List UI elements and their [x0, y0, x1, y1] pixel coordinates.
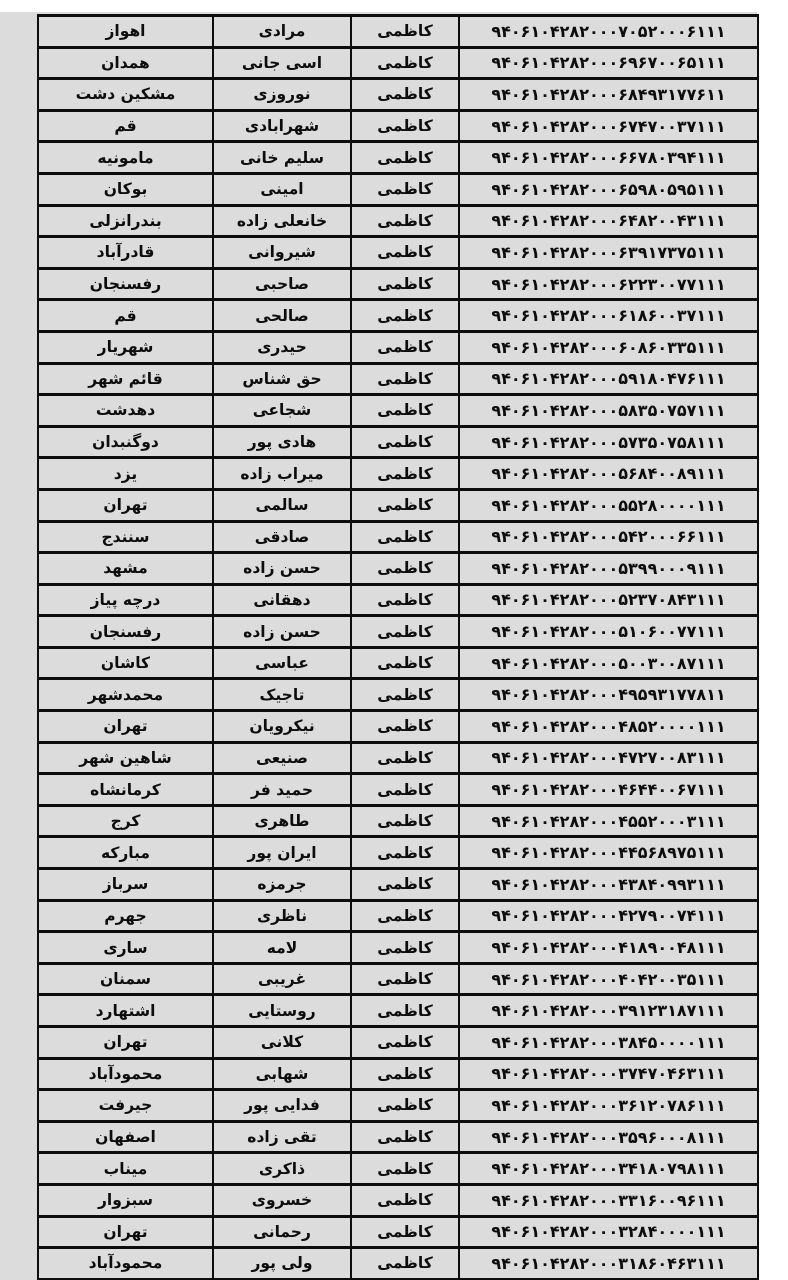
tracking-code-cell: ۹۴۰۶۱۰۴۲۸۲۰۰۰۴۵۵۲۰۰۰۳۱۱۱ — [459, 805, 758, 837]
surname-cell: جرمزه — [213, 869, 351, 901]
city-cell: سبزوار — [38, 1184, 213, 1216]
city-cell: جیرفت — [38, 1090, 213, 1122]
city-cell: مشهد — [38, 553, 213, 585]
city-cell: جهرم — [38, 900, 213, 932]
city-cell: بندرانزلی — [38, 205, 213, 237]
family-name-cell: کاظمی — [351, 616, 459, 648]
surname-cell: نیکرویان — [213, 711, 351, 743]
family-name-cell: کاظمی — [351, 774, 459, 806]
family-name-cell: کاظمی — [351, 647, 459, 679]
tracking-code-cell: ۹۴۰۶۱۰۴۲۸۲۰۰۰۶۹۶۷۰۰۶۵۱۱۱ — [459, 47, 758, 79]
tracking-code-cell: ۹۴۰۶۱۰۴۲۸۲۰۰۰۵۶۸۴۰۰۸۹۱۱۱ — [459, 458, 758, 490]
tracking-code-cell: ۹۴۰۶۱۰۴۲۸۲۰۰۰۴۲۷۹۰۰۷۴۱۱۱ — [459, 900, 758, 932]
family-name-cell: کاظمی — [351, 711, 459, 743]
surname-cell: کلانی — [213, 1027, 351, 1059]
family-name-cell: کاظمی — [351, 110, 459, 142]
surname-cell: حمید فر — [213, 774, 351, 806]
city-cell: تهران — [38, 1216, 213, 1248]
city-cell: قم — [38, 300, 213, 332]
table-row: ۹۴۰۶۱۰۴۲۸۲۰۰۰۵۹۱۸۰۴۷۶۱۱۱کاظمیحق شناسقائم… — [38, 363, 758, 395]
tracking-code-cell: ۹۴۰۶۱۰۴۲۸۲۰۰۰۳۹۱۲۳۱۸۷۱۱۱ — [459, 995, 758, 1027]
tracking-code-cell: ۹۴۰۶۱۰۴۲۸۲۰۰۰۴۸۵۲۰۰۰۰۱۱۱ — [459, 711, 758, 743]
surname-cell: صالحی — [213, 300, 351, 332]
family-name-cell: کاظمی — [351, 268, 459, 300]
surname-cell: شهابی — [213, 1058, 351, 1090]
surname-cell: عباسی — [213, 647, 351, 679]
records-tbody: ۹۴۰۶۱۰۴۲۸۲۰۰۰۷۰۵۲۰۰۰۶۱۱۱کاظمیمرادیاهواز۹… — [38, 16, 758, 1280]
tracking-code-cell: ۹۴۰۶۱۰۴۲۸۲۰۰۰۷۰۵۲۰۰۰۶۱۱۱ — [459, 16, 758, 48]
city-cell: بوکان — [38, 173, 213, 205]
surname-cell: صادقی — [213, 521, 351, 553]
table-row: ۹۴۰۶۱۰۴۲۸۲۰۰۰۶۲۲۳۰۰۷۷۱۱۱کاظمیصاحبیرفسنجا… — [38, 268, 758, 300]
tracking-code-cell: ۹۴۰۶۱۰۴۲۸۲۰۰۰۳۱۸۶۰۴۶۳۱۱۱ — [459, 1248, 758, 1280]
table-row: ۹۴۰۶۱۰۴۲۸۲۰۰۰۷۰۵۲۰۰۰۶۱۱۱کاظمیمرادیاهواز — [38, 16, 758, 48]
table-row: ۹۴۰۶۱۰۴۲۸۲۰۰۰۵۳۹۹۰۰۰۹۱۱۱کاظمیحسن زادهمشه… — [38, 553, 758, 585]
city-cell: کرمانشاه — [38, 774, 213, 806]
table-row: ۹۴۰۶۱۰۴۲۸۲۰۰۰۳۹۱۲۳۱۸۷۱۱۱کاظمیروستاییاشته… — [38, 995, 758, 1027]
tracking-code-cell: ۹۴۰۶۱۰۴۲۸۲۰۰۰۵۹۱۸۰۴۷۶۱۱۱ — [459, 363, 758, 395]
tracking-code-cell: ۹۴۰۶۱۰۴۲۸۲۰۰۰۳۸۴۵۰۰۰۰۱۱۱ — [459, 1027, 758, 1059]
tracking-code-cell: ۹۴۰۶۱۰۴۲۸۲۰۰۰۵۸۳۵۰۷۵۷۱۱۱ — [459, 395, 758, 427]
surname-cell: اسی جانی — [213, 47, 351, 79]
city-cell: شاهین شهر — [38, 742, 213, 774]
surname-cell: خانعلی زاده — [213, 205, 351, 237]
surname-cell: صاحبی — [213, 268, 351, 300]
family-name-cell: کاظمی — [351, 679, 459, 711]
table-row: ۹۴۰۶۱۰۴۲۸۲۰۰۰۶۰۸۶۰۳۳۵۱۱۱کاظمیحیدریشهریار — [38, 331, 758, 363]
surname-cell: میراب زاده — [213, 458, 351, 490]
city-cell: رفسنجان — [38, 616, 213, 648]
tracking-code-cell: ۹۴۰۶۱۰۴۲۸۲۰۰۰۴۳۸۴۰۹۹۳۱۱۱ — [459, 869, 758, 901]
family-name-cell: کاظمی — [351, 47, 459, 79]
city-cell: کاشان — [38, 647, 213, 679]
table-row: ۹۴۰۶۱۰۴۲۸۲۰۰۰۶۹۶۷۰۰۶۵۱۱۱کاظمیاسی جانیهمد… — [38, 47, 758, 79]
city-cell: مشکین دشت — [38, 79, 213, 111]
family-name-cell: کاظمی — [351, 142, 459, 174]
city-cell: یزد — [38, 458, 213, 490]
family-name-cell: کاظمی — [351, 900, 459, 932]
city-cell: شهریار — [38, 331, 213, 363]
family-name-cell: کاظمی — [351, 300, 459, 332]
tracking-code-cell: ۹۴۰۶۱۰۴۲۸۲۰۰۰۶۵۹۸۰۵۹۵۱۱۱ — [459, 173, 758, 205]
table-row: ۹۴۰۶۱۰۴۲۸۲۰۰۰۶۳۹۱۷۳۷۵۱۱۱کاظمیشیروانیقادر… — [38, 237, 758, 269]
city-cell: همدان — [38, 47, 213, 79]
city-cell: محمدشهر — [38, 679, 213, 711]
surname-cell: امینی — [213, 173, 351, 205]
table-row: ۹۴۰۶۱۰۴۲۸۲۰۰۰۳۵۹۶۰۰۰۸۱۱۱کاظمیتقی زادهاصف… — [38, 1121, 758, 1153]
tracking-code-cell: ۹۴۰۶۱۰۴۲۸۲۰۰۰۴۴۵۶۸۹۷۵۱۱۱ — [459, 837, 758, 869]
tracking-code-cell: ۹۴۰۶۱۰۴۲۸۲۰۰۰۳۴۱۸۰۷۹۸۱۱۱ — [459, 1153, 758, 1185]
table-row: ۹۴۰۶۱۰۴۲۸۲۰۰۰۳۶۱۲۰۷۸۶۱۱۱کاظمیفدایی پورجی… — [38, 1090, 758, 1122]
table-row: ۹۴۰۶۱۰۴۲۸۲۰۰۰۶۷۴۷۰۰۳۷۱۱۱کاظمیشهرابادیقم — [38, 110, 758, 142]
city-cell: مبارکه — [38, 837, 213, 869]
family-name-cell: کاظمی — [351, 521, 459, 553]
tracking-code-cell: ۹۴۰۶۱۰۴۲۸۲۰۰۰۵۳۹۹۰۰۰۹۱۱۱ — [459, 553, 758, 585]
table-row: ۹۴۰۶۱۰۴۲۸۲۰۰۰۶۶۷۸۰۳۹۴۱۱۱کاظمیسلیم خانیما… — [38, 142, 758, 174]
table-row: ۹۴۰۶۱۰۴۲۸۲۰۰۰۴۹۵۹۳۱۷۷۸۱۱کاظمیتاجیکمحمدشه… — [38, 679, 758, 711]
city-cell: دهدشت — [38, 395, 213, 427]
family-name-cell: کاظمی — [351, 1153, 459, 1185]
city-cell: محمودآباد — [38, 1058, 213, 1090]
surname-cell: نوروزی — [213, 79, 351, 111]
tracking-code-cell: ۹۴۰۶۱۰۴۲۸۲۰۰۰۵۱۰۶۰۰۷۷۱۱۱ — [459, 616, 758, 648]
table-row: ۹۴۰۶۱۰۴۲۸۲۰۰۰۵۶۸۴۰۰۸۹۱۱۱کاظمیمیراب زادهی… — [38, 458, 758, 490]
surname-cell: هادی پور — [213, 426, 351, 458]
table-row: ۹۴۰۶۱۰۴۲۸۲۰۰۰۳۸۴۵۰۰۰۰۱۱۱کاظمیکلانیتهران — [38, 1027, 758, 1059]
table-row: ۹۴۰۶۱۰۴۲۸۲۰۰۰۴۲۷۹۰۰۷۴۱۱۱کاظمیناظریجهرم — [38, 900, 758, 932]
tracking-code-cell: ۹۴۰۶۱۰۴۲۸۲۰۰۰۶۶۷۸۰۳۹۴۱۱۱ — [459, 142, 758, 174]
surname-cell: حق شناس — [213, 363, 351, 395]
surname-cell: تقی زاده — [213, 1121, 351, 1153]
surname-cell: خسروی — [213, 1184, 351, 1216]
surname-cell: شهرابادی — [213, 110, 351, 142]
table-row: ۹۴۰۶۱۰۴۲۸۲۰۰۰۴۵۵۲۰۰۰۳۱۱۱کاظمیطاهریکرج — [38, 805, 758, 837]
family-name-cell: کاظمی — [351, 237, 459, 269]
surname-cell: ذاکری — [213, 1153, 351, 1185]
tracking-code-cell: ۹۴۰۶۱۰۴۲۸۲۰۰۰۳۳۱۶۰۰۹۶۱۱۱ — [459, 1184, 758, 1216]
table-row: ۹۴۰۶۱۰۴۲۸۲۰۰۰۴۴۵۶۸۹۷۵۱۱۱کاظمیایران پورمب… — [38, 837, 758, 869]
surname-cell: تاجیک — [213, 679, 351, 711]
tracking-code-cell: ۹۴۰۶۱۰۴۲۸۲۰۰۰۴۶۴۴۰۰۶۷۱۱۱ — [459, 774, 758, 806]
tracking-code-cell: ۹۴۰۶۱۰۴۲۸۲۰۰۰۳۵۹۶۰۰۰۸۱۱۱ — [459, 1121, 758, 1153]
surname-cell: لامه — [213, 932, 351, 964]
family-name-cell: کاظمی — [351, 16, 459, 48]
tracking-code-cell: ۹۴۰۶۱۰۴۲۸۲۰۰۰۶۰۸۶۰۳۳۵۱۱۱ — [459, 331, 758, 363]
surname-cell: شجاعی — [213, 395, 351, 427]
tracking-table: ۹۴۰۶۱۰۴۲۸۲۰۰۰۷۰۵۲۰۰۰۶۱۱۱کاظمیمرادیاهواز۹… — [37, 14, 759, 1280]
tracking-code-cell: ۹۴۰۶۱۰۴۲۸۲۰۰۰۴۱۸۹۰۰۴۸۱۱۱ — [459, 932, 758, 964]
table-row: ۹۴۰۶۱۰۴۲۸۲۰۰۰۵۸۳۵۰۷۵۷۱۱۱کاظمیشجاعیدهدشت — [38, 395, 758, 427]
table-row: ۹۴۰۶۱۰۴۲۸۲۰۰۰۴۷۲۷۰۰۸۳۱۱۱کاظمیصنیعیشاهین … — [38, 742, 758, 774]
city-cell: تهران — [38, 489, 213, 521]
table-row: ۹۴۰۶۱۰۴۲۸۲۰۰۰۵۲۳۷۰۸۴۳۱۱۱کاظمیدهقانیدرچه … — [38, 584, 758, 616]
family-name-cell: کاظمی — [351, 205, 459, 237]
surname-cell: فدایی پور — [213, 1090, 351, 1122]
city-cell: قائم شهر — [38, 363, 213, 395]
tracking-code-cell: ۹۴۰۶۱۰۴۲۸۲۰۰۰۳۲۸۴۰۰۰۰۱۱۱ — [459, 1216, 758, 1248]
family-name-cell: کاظمی — [351, 742, 459, 774]
table-row: ۹۴۰۶۱۰۴۲۸۲۰۰۰۵۷۳۵۰۷۵۸۱۱۱کاظمیهادی پوردوگ… — [38, 426, 758, 458]
table-row: ۹۴۰۶۱۰۴۲۸۲۰۰۰۳۳۱۶۰۰۹۶۱۱۱کاظمیخسرویسبزوار — [38, 1184, 758, 1216]
table-row: ۹۴۰۶۱۰۴۲۸۲۰۰۰۵۱۰۶۰۰۷۷۱۱۱کاظمیحسن زادهرفس… — [38, 616, 758, 648]
table-row: ۹۴۰۶۱۰۴۲۸۲۰۰۰۶۴۸۲۰۰۴۳۱۱۱کاظمیخانعلی زاده… — [38, 205, 758, 237]
table-row: ۹۴۰۶۱۰۴۲۸۲۰۰۰۶۵۹۸۰۵۹۵۱۱۱کاظمیامینیبوکان — [38, 173, 758, 205]
family-name-cell: کاظمی — [351, 869, 459, 901]
surname-cell: ولی پور — [213, 1248, 351, 1280]
surname-cell: طاهری — [213, 805, 351, 837]
surname-cell: حسن زاده — [213, 616, 351, 648]
surname-cell: رحمانی — [213, 1216, 351, 1248]
city-cell: اشتهارد — [38, 995, 213, 1027]
city-cell: محمودآباد — [38, 1248, 213, 1280]
family-name-cell: کاظمی — [351, 331, 459, 363]
family-name-cell: کاظمی — [351, 553, 459, 585]
family-name-cell: کاظمی — [351, 173, 459, 205]
family-name-cell: کاظمی — [351, 489, 459, 521]
table-row: ۹۴۰۶۱۰۴۲۸۲۰۰۰۳۱۸۶۰۴۶۳۱۱۱کاظمیولی پورمحمو… — [38, 1248, 758, 1280]
tracking-code-cell: ۹۴۰۶۱۰۴۲۸۲۰۰۰۴۹۵۹۳۱۷۷۸۱۱ — [459, 679, 758, 711]
tracking-code-cell: ۹۴۰۶۱۰۴۲۸۲۰۰۰۵۰۰۳۰۰۸۷۱۱۱ — [459, 647, 758, 679]
family-name-cell: کاظمی — [351, 1090, 459, 1122]
surname-cell: سلیم خانی — [213, 142, 351, 174]
tracking-code-cell: ۹۴۰۶۱۰۴۲۸۲۰۰۰۶۴۸۲۰۰۴۳۱۱۱ — [459, 205, 758, 237]
table-row: ۹۴۰۶۱۰۴۲۸۲۰۰۰۴۱۸۹۰۰۴۸۱۱۱کاظمیلامهساری — [38, 932, 758, 964]
city-cell: سنندج — [38, 521, 213, 553]
table-row: ۹۴۰۶۱۰۴۲۸۲۰۰۰۵۴۲۰۰۰۶۶۱۱۱کاظمیصادقیسنندج — [38, 521, 758, 553]
surname-cell: حسن زاده — [213, 553, 351, 585]
family-name-cell: کاظمی — [351, 426, 459, 458]
table-row: ۹۴۰۶۱۰۴۲۸۲۰۰۰۶۸۴۹۳۱۷۷۶۱۱کاظمینوروزیمشکین… — [38, 79, 758, 111]
city-cell: قم — [38, 110, 213, 142]
family-name-cell: کاظمی — [351, 963, 459, 995]
tracking-code-cell: ۹۴۰۶۱۰۴۲۸۲۰۰۰۶۲۲۳۰۰۷۷۱۱۱ — [459, 268, 758, 300]
city-cell: رفسنجان — [38, 268, 213, 300]
city-cell: اهواز — [38, 16, 213, 48]
city-cell: قادرآباد — [38, 237, 213, 269]
city-cell: دوگنبدان — [38, 426, 213, 458]
surname-cell: مرادی — [213, 16, 351, 48]
city-cell: سمنان — [38, 963, 213, 995]
tracking-code-cell: ۹۴۰۶۱۰۴۲۸۲۰۰۰۵۵۲۸۰۰۰۰۱۱۱ — [459, 489, 758, 521]
city-cell: مامونیه — [38, 142, 213, 174]
table-row: ۹۴۰۶۱۰۴۲۸۲۰۰۰۶۱۸۶۰۰۳۷۱۱۱کاظمیصالحیقم — [38, 300, 758, 332]
table-row: ۹۴۰۶۱۰۴۲۸۲۰۰۰۴۸۵۲۰۰۰۰۱۱۱کاظمینیکرویانتهر… — [38, 711, 758, 743]
city-cell: تهران — [38, 1027, 213, 1059]
tracking-code-cell: ۹۴۰۶۱۰۴۲۸۲۰۰۰۵۴۲۰۰۰۶۶۱۱۱ — [459, 521, 758, 553]
family-name-cell: کاظمی — [351, 1216, 459, 1248]
surname-cell: غریبی — [213, 963, 351, 995]
tracking-code-cell: ۹۴۰۶۱۰۴۲۸۲۰۰۰۶۸۴۹۳۱۷۷۶۱۱ — [459, 79, 758, 111]
city-cell: کرج — [38, 805, 213, 837]
family-name-cell: کاظمی — [351, 363, 459, 395]
surname-cell: حیدری — [213, 331, 351, 363]
city-cell: سرباز — [38, 869, 213, 901]
city-cell: اصفهان — [38, 1121, 213, 1153]
family-name-cell: کاظمی — [351, 837, 459, 869]
table-row: ۹۴۰۶۱۰۴۲۸۲۰۰۰۴۳۸۴۰۹۹۳۱۱۱کاظمیجرمزهسرباز — [38, 869, 758, 901]
family-name-cell: کاظمی — [351, 805, 459, 837]
city-cell: ساری — [38, 932, 213, 964]
family-name-cell: کاظمی — [351, 1027, 459, 1059]
surname-cell: سالمی — [213, 489, 351, 521]
family-name-cell: کاظمی — [351, 1184, 459, 1216]
family-name-cell: کاظمی — [351, 1058, 459, 1090]
surname-cell: روستایی — [213, 995, 351, 1027]
tracking-code-cell: ۹۴۰۶۱۰۴۲۸۲۰۰۰۳۶۱۲۰۷۸۶۱۱۱ — [459, 1090, 758, 1122]
family-name-cell: کاظمی — [351, 995, 459, 1027]
tracking-code-cell: ۹۴۰۶۱۰۴۲۸۲۰۰۰۵۷۳۵۰۷۵۸۱۱۱ — [459, 426, 758, 458]
tracking-code-cell: ۹۴۰۶۱۰۴۲۸۲۰۰۰۴۷۲۷۰۰۸۳۱۱۱ — [459, 742, 758, 774]
surname-cell: شیروانی — [213, 237, 351, 269]
city-cell: میناب — [38, 1153, 213, 1185]
surname-cell: صنیعی — [213, 742, 351, 774]
surname-cell: ناظری — [213, 900, 351, 932]
surname-cell: دهقانی — [213, 584, 351, 616]
tracking-code-cell: ۹۴۰۶۱۰۴۲۸۲۰۰۰۵۲۳۷۰۸۴۳۱۱۱ — [459, 584, 758, 616]
scanned-page: ۹۴۰۶۱۰۴۲۸۲۰۰۰۷۰۵۲۰۰۰۶۱۱۱کاظمیمرادیاهواز۹… — [0, 0, 788, 1280]
tracking-code-cell: ۹۴۰۶۱۰۴۲۸۲۰۰۰۴۰۴۲۰۰۳۵۱۱۱ — [459, 963, 758, 995]
family-name-cell: کاظمی — [351, 1121, 459, 1153]
table-row: ۹۴۰۶۱۰۴۲۸۲۰۰۰۳۲۸۴۰۰۰۰۱۱۱کاظمیرحمانیتهران — [38, 1216, 758, 1248]
tracking-code-cell: ۹۴۰۶۱۰۴۲۸۲۰۰۰۶۱۸۶۰۰۳۷۱۱۱ — [459, 300, 758, 332]
city-cell: تهران — [38, 711, 213, 743]
family-name-cell: کاظمی — [351, 458, 459, 490]
table-row: ۹۴۰۶۱۰۴۲۸۲۰۰۰۳۴۱۸۰۷۹۸۱۱۱کاظمیذاکریمیناب — [38, 1153, 758, 1185]
table-row: ۹۴۰۶۱۰۴۲۸۲۰۰۰۵۵۲۸۰۰۰۰۱۱۱کاظمیسالمیتهران — [38, 489, 758, 521]
surname-cell: ایران پور — [213, 837, 351, 869]
table-row: ۹۴۰۶۱۰۴۲۸۲۰۰۰۵۰۰۳۰۰۸۷۱۱۱کاظمیعباسیکاشان — [38, 647, 758, 679]
table-row: ۹۴۰۶۱۰۴۲۸۲۰۰۰۴۰۴۲۰۰۳۵۱۱۱کاظمیغریبیسمنان — [38, 963, 758, 995]
family-name-cell: کاظمی — [351, 395, 459, 427]
tracking-code-cell: ۹۴۰۶۱۰۴۲۸۲۰۰۰۳۷۴۷۰۴۶۳۱۱۱ — [459, 1058, 758, 1090]
family-name-cell: کاظمی — [351, 932, 459, 964]
table-row: ۹۴۰۶۱۰۴۲۸۲۰۰۰۳۷۴۷۰۴۶۳۱۱۱کاظمیشهابیمحمودآ… — [38, 1058, 758, 1090]
table-row: ۹۴۰۶۱۰۴۲۸۲۰۰۰۴۶۴۴۰۰۶۷۱۱۱کاظمیحمید فرکرما… — [38, 774, 758, 806]
family-name-cell: کاظمی — [351, 1248, 459, 1280]
family-name-cell: کاظمی — [351, 79, 459, 111]
tracking-code-cell: ۹۴۰۶۱۰۴۲۸۲۰۰۰۶۷۴۷۰۰۳۷۱۱۱ — [459, 110, 758, 142]
family-name-cell: کاظمی — [351, 584, 459, 616]
tracking-code-cell: ۹۴۰۶۱۰۴۲۸۲۰۰۰۶۳۹۱۷۳۷۵۱۱۱ — [459, 237, 758, 269]
city-cell: درچه پیاز — [38, 584, 213, 616]
